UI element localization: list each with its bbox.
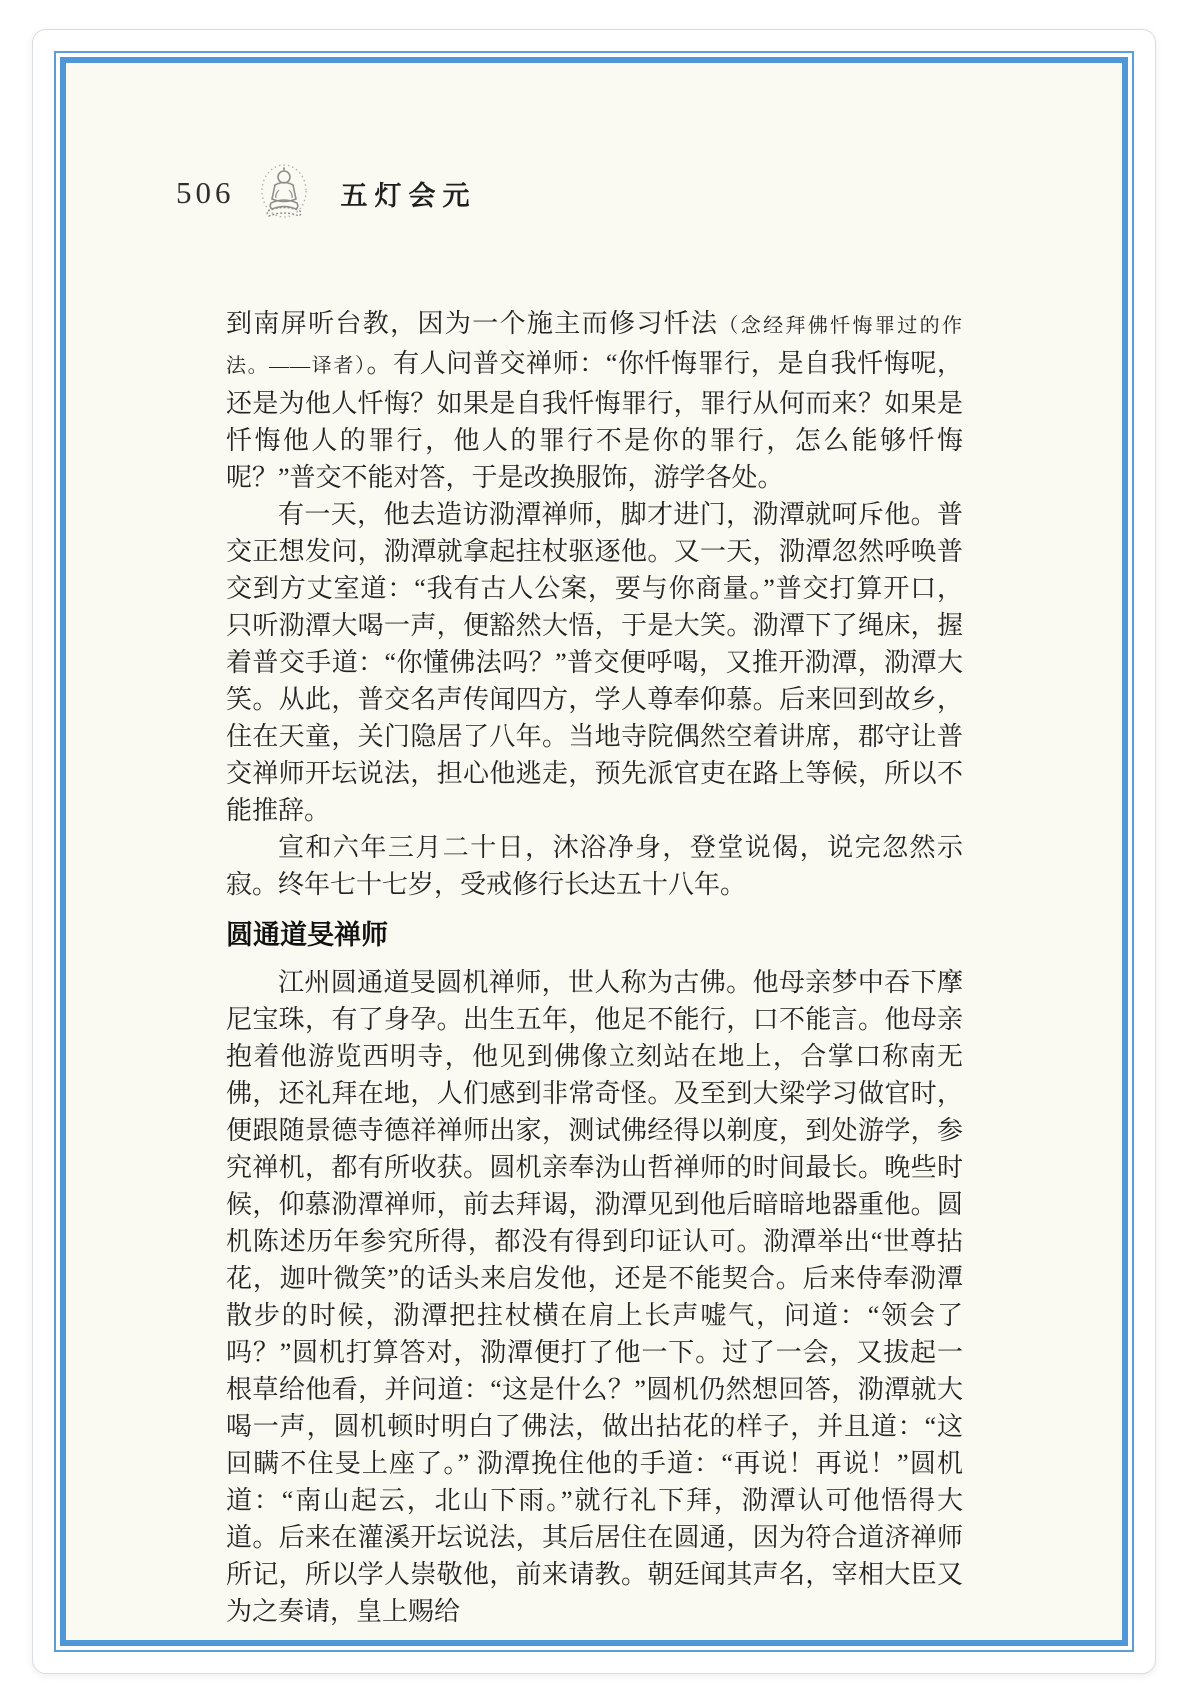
body-paragraph: 江州圆通道旻圆机禅师，世人称为古佛。他母亲梦中吞下摩尼宝珠，有了身孕。出生五年，… xyxy=(226,964,963,1630)
body-paragraph: 到南屏听台教，因为一个施主而修习忏法（念经拜佛忏悔罪过的作法。——译者）。有人问… xyxy=(226,305,963,496)
inner-blue-frame: 506 五灯会元 到南屏听台教，因为一个施主而修习忏法（念经拜佛忏悔 xyxy=(60,57,1128,1646)
buddha-icon xyxy=(257,163,311,223)
book-title: 五灯会元 xyxy=(341,174,477,213)
page-header: 506 五灯会元 xyxy=(176,163,477,223)
paragraph-text: 到南屏听台教，因为一个施主而修习忏法 xyxy=(226,309,718,338)
page-content: 506 五灯会元 到南屏听台教，因为一个施主而修习忏法（念经拜佛忏悔 xyxy=(66,63,1122,1640)
section-heading: 圆通道旻禅师 xyxy=(226,917,963,954)
body-paragraph: 有一天，他去造访泐潭禅师，脚才进门，泐潭就呵斥他。普交正想发问，泐潭就拿起拄杖驱… xyxy=(226,496,963,829)
body-paragraph: 宣和六年三月二十日，沐浴净身，登堂说偈，说完忽然示寂。终年七十七岁，受戒修行长达… xyxy=(226,829,963,903)
paragraph-text: 宣和六年三月二十日，沐浴净身，登堂说偈，说完忽然示寂。终年七十七岁，受戒修行长达… xyxy=(226,833,963,899)
text-column: 到南屏听台教，因为一个施主而修习忏法（念经拜佛忏悔罪过的作法。——译者）。有人问… xyxy=(226,305,963,1630)
paragraph-text: 江州圆通道旻圆机禅师，世人称为古佛。他母亲梦中吞下摩尼宝珠，有了身孕。出生五年，… xyxy=(226,968,963,1626)
page-number: 506 xyxy=(176,175,235,211)
paragraph-text: 有一天，他去造访泐潭禅师，脚才进门，泐潭就呵斥他。普交正想发问，泐潭就拿起拄杖驱… xyxy=(226,500,963,825)
book-page: 506 五灯会元 到南屏听台教，因为一个施主而修习忏法（念经拜佛忏悔 xyxy=(32,29,1156,1674)
